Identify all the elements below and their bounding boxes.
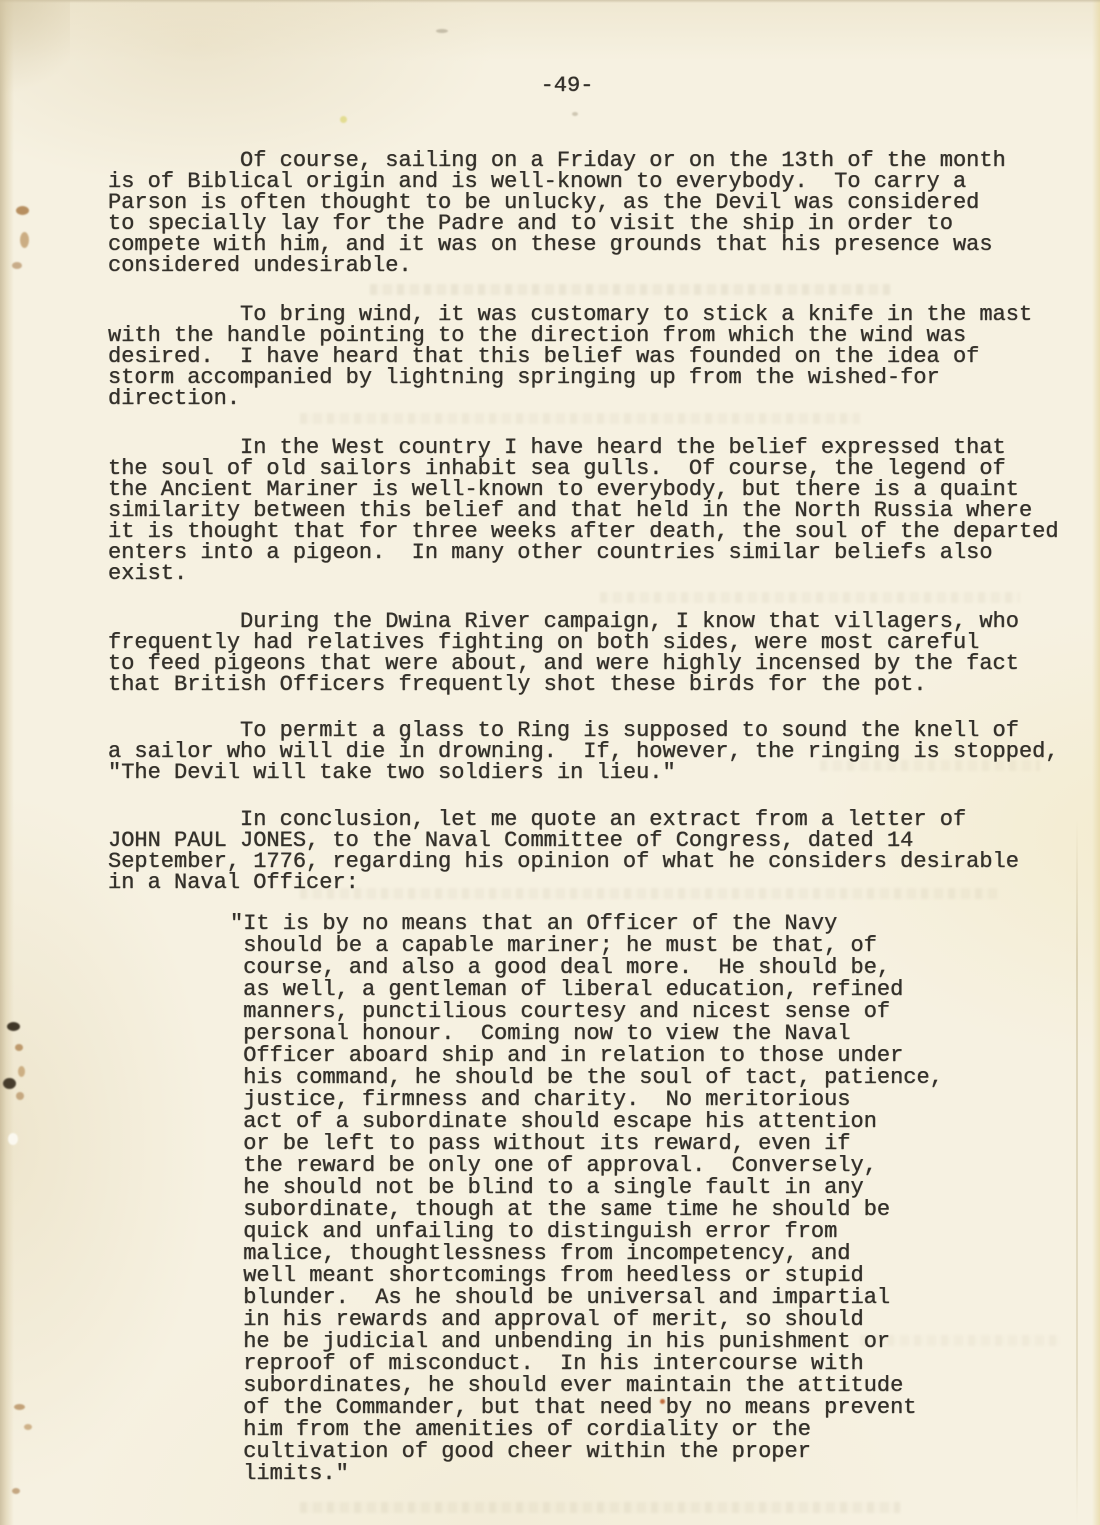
paragraph-ringing-glass: To permit a glass to Ring is supposed to… bbox=[108, 720, 1059, 783]
paragraph-sea-gulls: In the West country I have heard the bel… bbox=[108, 437, 1059, 584]
paper-hole bbox=[8, 1133, 18, 1145]
stain-mark bbox=[340, 116, 347, 123]
binding-hole bbox=[7, 1022, 20, 1031]
foxing-spot bbox=[14, 1404, 25, 1410]
bleed-through-mark bbox=[600, 592, 1020, 603]
bleed-through-mark bbox=[370, 284, 890, 295]
foxing-spot bbox=[12, 1488, 20, 1494]
foxing-spot bbox=[24, 1424, 32, 1430]
paragraph-conclusion-intro: In conclusion, let me quote an extract f… bbox=[108, 809, 1019, 893]
bleed-through-mark bbox=[300, 413, 860, 424]
paragraph-dwina-river: During the Dwina River campaign, I know … bbox=[108, 611, 1019, 695]
page-number: -49- bbox=[0, 74, 1100, 98]
john-paul-jones-quote: "It is by no means that an Officer of th… bbox=[230, 913, 943, 1485]
stain-mark bbox=[572, 112, 578, 116]
foxing-spot bbox=[12, 262, 22, 269]
foxing-spot bbox=[15, 1044, 23, 1051]
paragraph-knife-in-mast: To bring wind, it was customary to stick… bbox=[108, 304, 1032, 409]
stain-mark bbox=[436, 29, 448, 33]
foxing-spot bbox=[20, 232, 29, 248]
paper-edge-left bbox=[0, 0, 14, 1525]
foxing-spot bbox=[16, 1092, 24, 1100]
paper-edge-top bbox=[0, 0, 1100, 3]
bleed-through-mark bbox=[300, 1502, 900, 1513]
foxing-spot bbox=[18, 1066, 25, 1077]
binding-hole bbox=[3, 1078, 16, 1089]
paragraph-friday-superstition: Of course, sailing on a Friday or on the… bbox=[108, 150, 1006, 276]
paper-crease bbox=[1076, 820, 1078, 1525]
foxing-spot bbox=[16, 206, 29, 215]
paper-edge-right bbox=[1092, 0, 1100, 1525]
